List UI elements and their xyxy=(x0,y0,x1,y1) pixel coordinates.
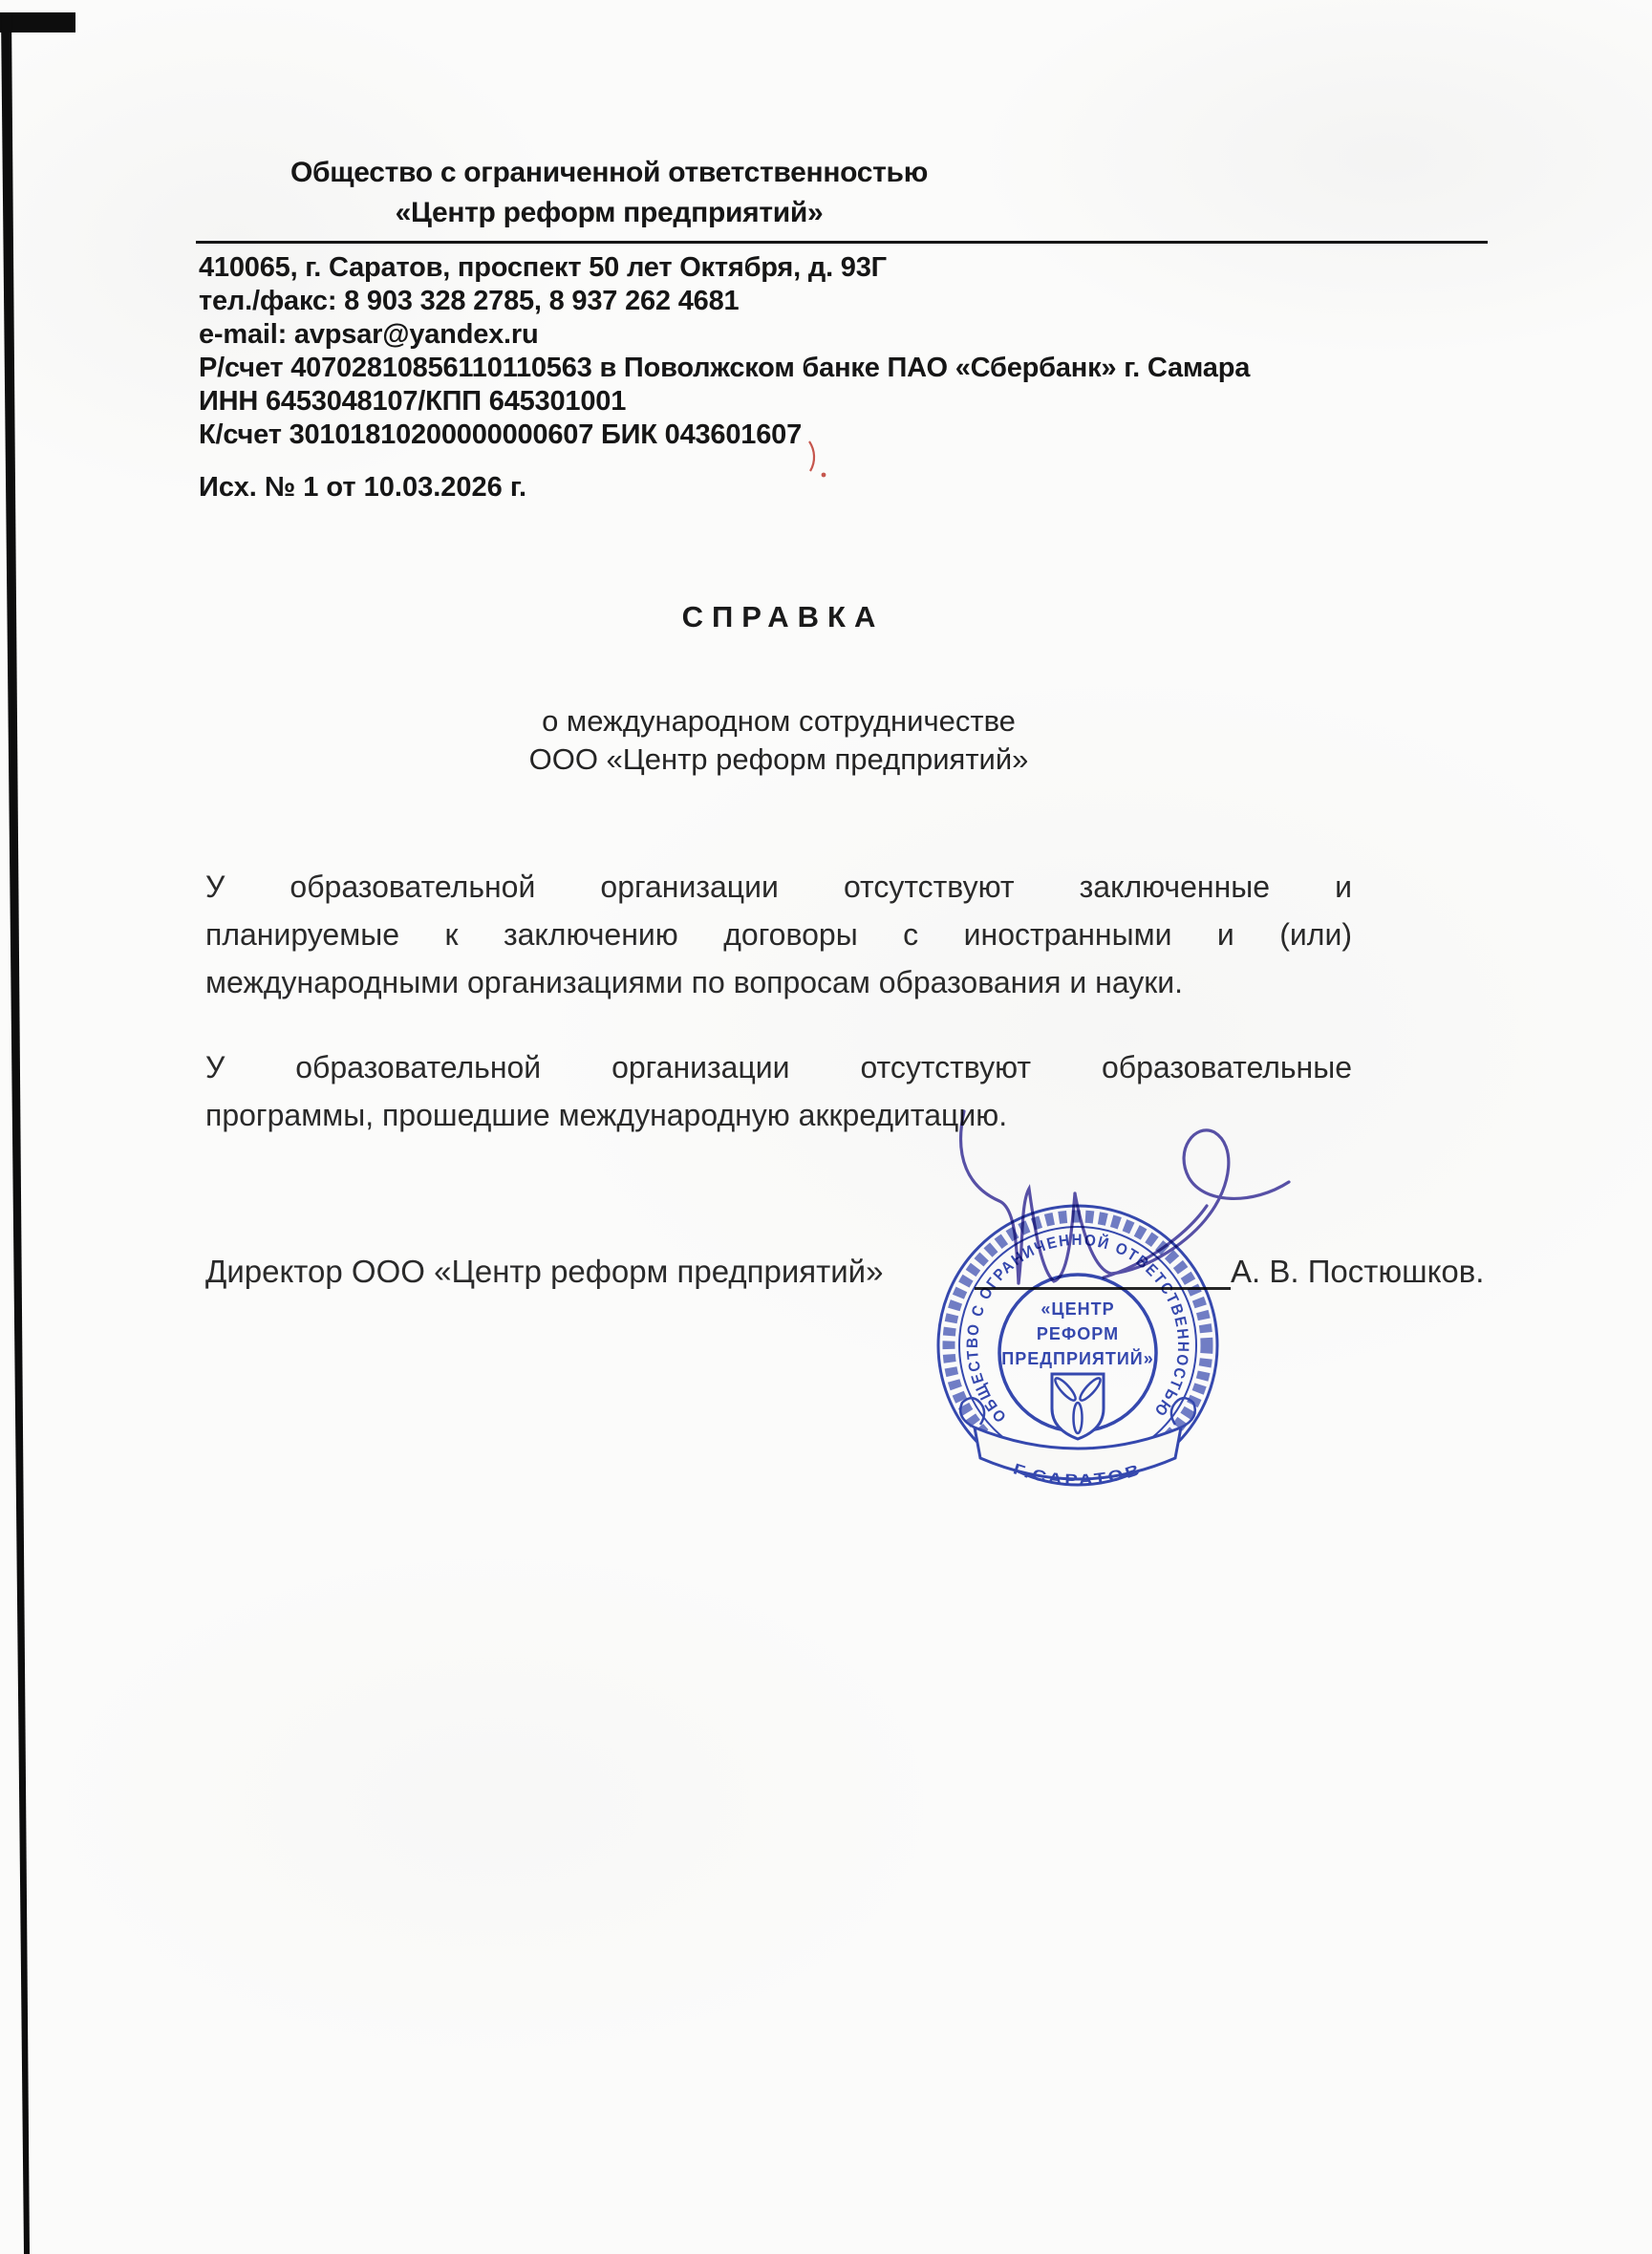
paragraph-2-line: программы, прошедшие международную аккре… xyxy=(205,1091,1352,1139)
doc-subtitle-line1: о международном сотрудничестве xyxy=(205,702,1352,741)
stamp-center-text: «ЦЕНТР РЕФОРМ ПРЕДПРИЯТИЙ» xyxy=(1001,1299,1153,1368)
paragraph-1-line: У образовательной организации отсутствую… xyxy=(205,863,1352,911)
letterhead-inn-kpp-line: ИНН 6453048107/КПП 645301001 xyxy=(199,385,1470,419)
doc-subtitle-line2: ООО «Центр реформ предприятий» xyxy=(205,741,1352,779)
org-name-line1: Общество с ограниченной ответственностью xyxy=(196,153,1022,193)
paragraph-1-line: планируемые к заключению договоры с инос… xyxy=(205,911,1352,958)
paragraph-2: У образовательной организации отсутствую… xyxy=(205,1043,1352,1139)
letterhead-email-line: e-mail: avpsar@yandex.ru xyxy=(199,318,1470,352)
outgoing-ref-number: Исх. № 1 от 10.03.2026 г. xyxy=(199,472,526,504)
stamp-coat-of-arms xyxy=(1052,1374,1104,1439)
letterhead-corr-account-line: К/счет 30101810200000000607 БИК 04360160… xyxy=(199,419,1470,452)
scanned-document-page: Общество с ограниченной ответственностью… xyxy=(0,0,1652,2254)
letterhead-address-line: 410065, г. Саратов, проспект 50 лет Октя… xyxy=(199,251,1470,285)
stamp-seal: ОБЩЕСТВО С ОГРАНИЧЕННОЙ ОТВЕТСТВЕННОСТЬЮ… xyxy=(915,1183,1240,1508)
paragraph-1-line: международными организациями по вопросам… xyxy=(205,958,1352,1006)
doc-title: СПРАВКА xyxy=(205,600,1352,634)
signatory-name: А. В. Постюшков. xyxy=(1231,1254,1484,1290)
letterhead-phone-line: тел./факс: 8 903 328 2785, 8 937 262 468… xyxy=(199,285,1470,318)
letterhead: 410065, г. Саратов, проспект 50 лет Октя… xyxy=(199,251,1470,452)
stamp-center-line1: «ЦЕНТР xyxy=(1041,1299,1114,1319)
paragraph-1: У образовательной организации отсутствую… xyxy=(205,863,1352,1006)
letterhead-account-line: Р/счет 40702810856110110563 в Поволжском… xyxy=(199,352,1470,385)
stamp-center-line3: ПРЕДПРИЯТИЙ» xyxy=(1001,1348,1153,1368)
doc-subtitle: о международном сотрудничестве ООО «Цент… xyxy=(205,702,1352,779)
signature-title: Директор ООО «Центр реформ предприятий» xyxy=(205,1254,883,1290)
paragraph-2-line: У образовательной организации отсутствую… xyxy=(205,1043,1352,1091)
letterhead-rule xyxy=(196,241,1488,244)
org-name-line2: «Центр реформ предприятий» xyxy=(196,193,1022,233)
stamp-center-line2: РЕФОРМ xyxy=(1037,1324,1119,1343)
org-name: Общество с ограниченной ответственностью… xyxy=(196,153,1022,233)
scan-edge-artifact xyxy=(0,12,75,2254)
